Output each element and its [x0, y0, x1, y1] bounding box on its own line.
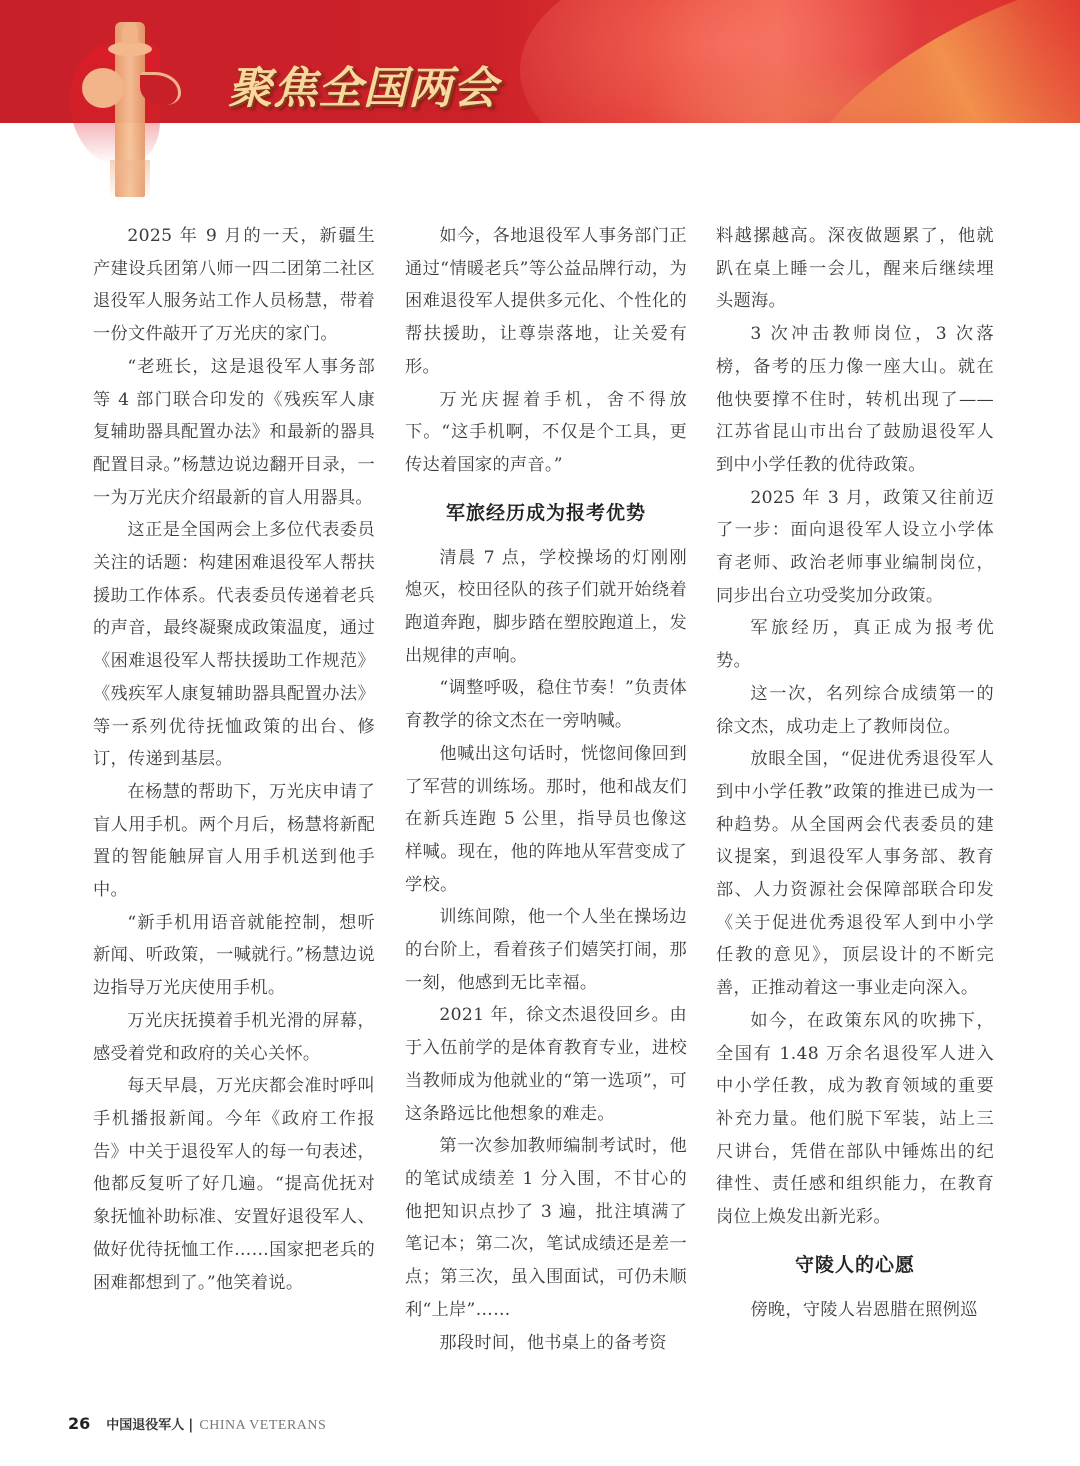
paragraph: 2025 年 9 月的一天，新疆生产建设兵团第八师一四二团第二社区退役军人服务站… — [93, 220, 375, 351]
paragraph: 如今，在政策东风的吹拂下，全国有 1.48 万余名退役军人进入中小学任教，成为教… — [716, 1005, 994, 1234]
paragraph: 如今，各地退役军人事务部门正通过“情暖老兵”等公益品牌行动，为困难退役军人提供多… — [405, 220, 687, 384]
paragraph: 傍晚，守陵人岩恩腊在照例巡 — [716, 1294, 994, 1327]
paragraph: 这正是全国两会上多位代表委员关注的话题：构建困难退役军人帮扶援助工作体系。代表委… — [93, 514, 375, 776]
subheading: 守陵人的心愿 — [716, 1250, 994, 1280]
paragraph: 在杨慧的帮助下，万光庆申请了盲人用手机。两个月后，杨慧将新配置的智能触屏盲人用手… — [93, 776, 375, 907]
magazine-name-cn: 中国退役军人 — [106, 1414, 184, 1433]
article-column-1: 2025 年 9 月的一天，新疆生产建设兵团第八师一四二团第二社区退役军人服务站… — [93, 220, 375, 1299]
footer-separator: | — [188, 1417, 193, 1433]
paragraph: 他喊出这句话时，恍惚间像回到了军营的训练场。那时，他和战友们在新兵连跑 5 公里… — [405, 738, 687, 902]
paragraph: “新手机用语音就能控制，想听新闻、听政策，一喊就行。”杨慧边说边指导万光庆使用手… — [93, 907, 375, 1005]
magazine-name-en: CHINA VETERANS — [199, 1418, 326, 1434]
paragraph: 军旅经历，真正成为报考优势。 — [716, 612, 994, 677]
paragraph: “老班长，这是退役军人事务部等 4 部门联合印发的《残疾军人康复辅助器具配置办法… — [93, 351, 375, 515]
paragraph: 2021 年，徐文杰退役回乡。由于入伍前学的是体育教育专业，进校当教师成为他就业… — [405, 999, 687, 1130]
paragraph: 3 次冲击教师岗位，3 次落榜，备考的压力像一座大山。就在他快要撑不住时，转机出… — [716, 318, 994, 482]
paragraph: “调整呼吸，稳住节奏！”负责体育教学的徐文杰在一旁呐喊。 — [405, 672, 687, 737]
paragraph: 清晨 7 点，学校操场的灯刚刚熄灭，校田径队的孩子们就开始绕着跑道奔跑，脚步踏在… — [405, 542, 687, 673]
article-column-3: 料越摞越高。深夜做题累了，他就趴在桌上睡一会儿，醒来后继续埋头题海。 3 次冲击… — [716, 220, 994, 1327]
paragraph: 万光庆握着手机，舍不得放下。“这手机啊，不仅是个工具，更传达着国家的声音。” — [405, 384, 687, 482]
paragraph: 这一次，名列综合成绩第一的徐文杰，成功走上了教师岗位。 — [716, 678, 994, 743]
subheading: 军旅经历成为报考优势 — [405, 498, 687, 528]
paragraph: 2025 年 3 月，政策又往前迈了一步：面向退役军人设立小学体育老师、政治老师… — [716, 482, 994, 613]
paragraph: 每天早晨，万光庆都会准时呼叫手机播报新闻。今年《政府工作报告》中关于退役军人的每… — [93, 1070, 375, 1299]
paragraph: 训练间隙，他一个人坐在操场边的台阶上，看着孩子们嬉笑打闹，那一刻，他感到无比幸福… — [405, 901, 687, 999]
section-title: 聚焦全国两会 — [228, 52, 498, 116]
paragraph: 万光庆抚摸着手机光滑的屏幕，感受着党和政府的关心关怀。 — [93, 1005, 375, 1070]
page-number: 26 — [68, 1414, 90, 1433]
article-column-2: 如今，各地退役军人事务部门正通过“情暖老兵”等公益品牌行动，为困难退役军人提供多… — [405, 220, 687, 1359]
cloud-ornament-icon — [82, 68, 124, 108]
paragraph: 放眼全国，“促进优秀退役军人到中小学任教”政策的推进已成为一种趋势。从全国两会代… — [716, 743, 994, 1005]
paragraph: 那段时间，他书桌上的备考资 — [405, 1327, 687, 1360]
paragraph: 第一次参加教师编制考试时，他的笔试成绩差 1 分入围，不甘心的他把知识点抄了 3… — [405, 1130, 687, 1326]
paragraph-continuation: 料越摞越高。深夜做题累了，他就趴在桌上睡一会儿，醒来后继续埋头题海。 — [716, 220, 994, 318]
page-footer: 26 中国退役军人 | CHINA VETERANS — [68, 1414, 326, 1438]
